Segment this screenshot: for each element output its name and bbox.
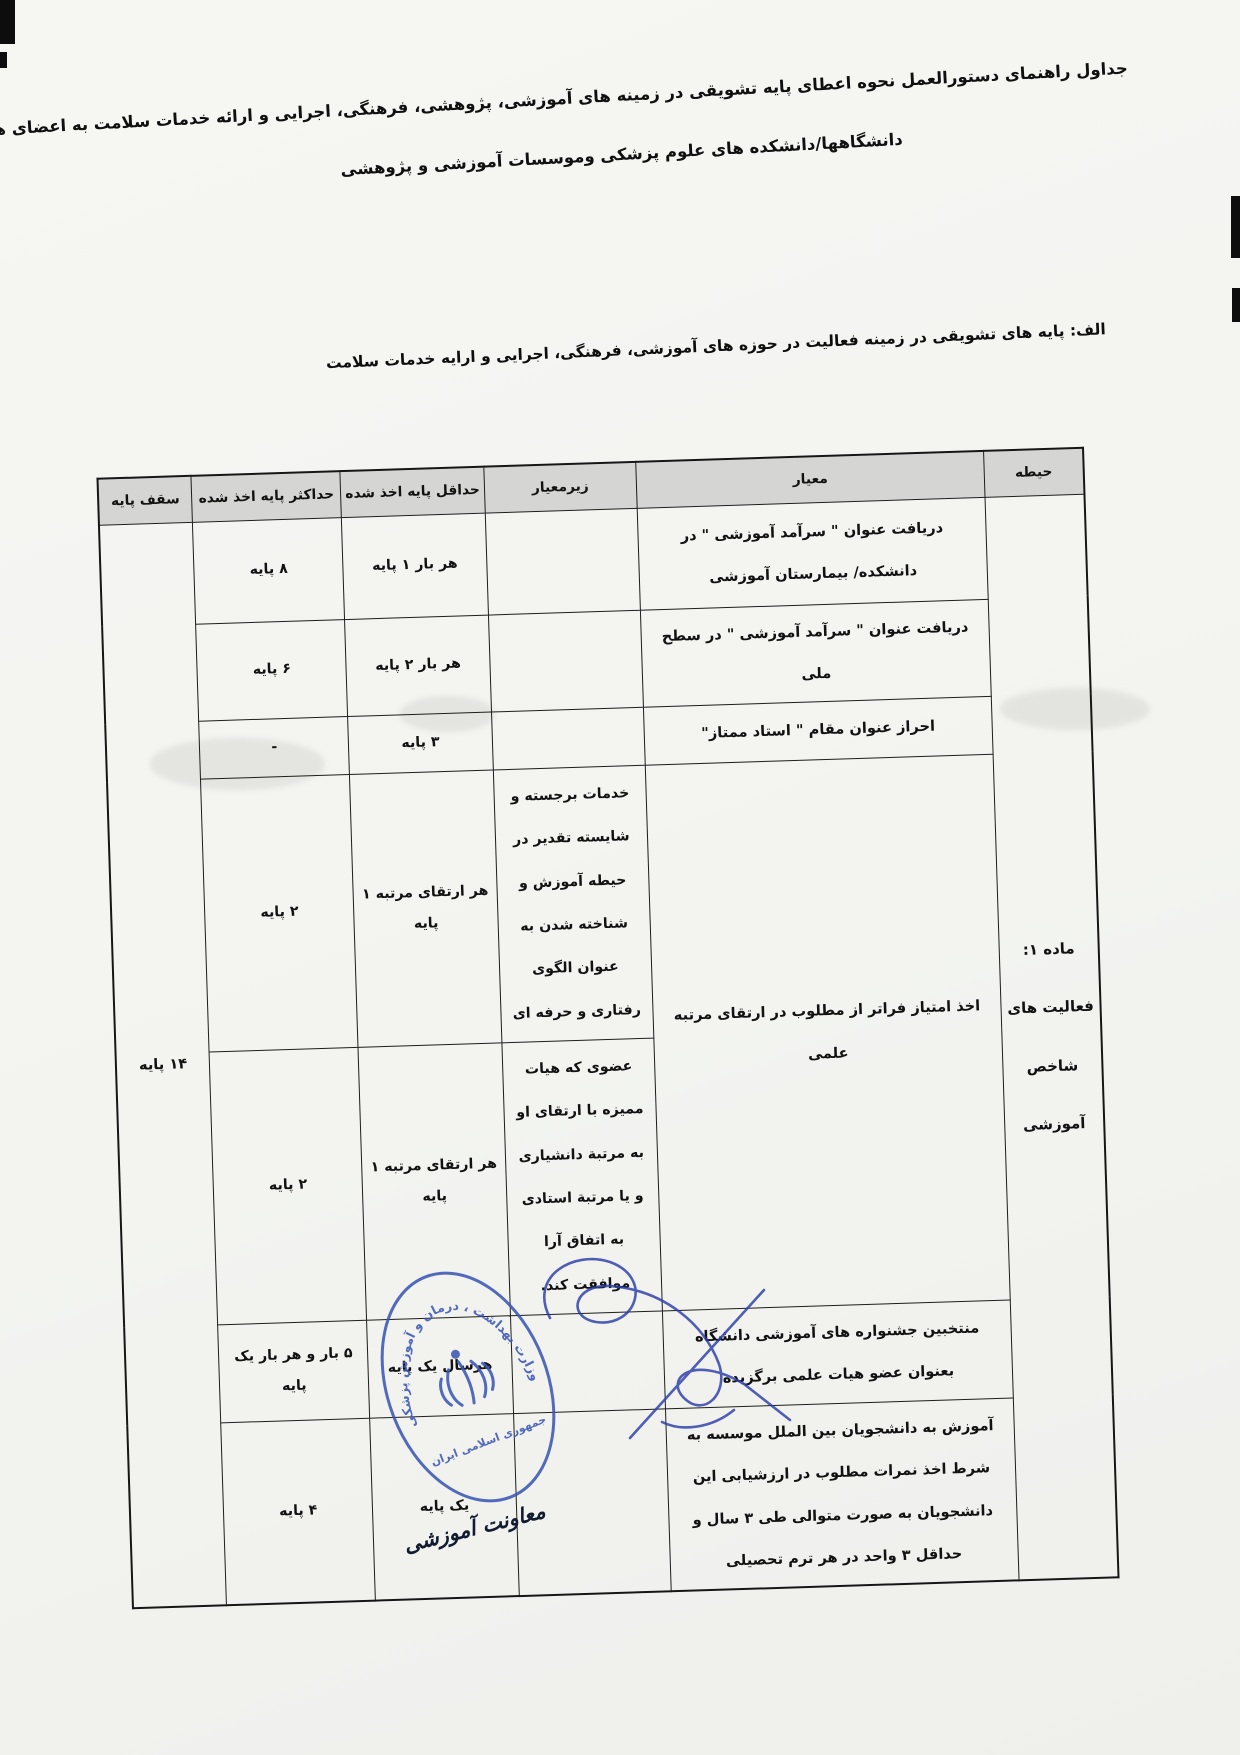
sub-criterion-cell: خدمات برجسته و شایسته تقدیر در حیطه آموز… [493, 765, 653, 1043]
criterion-cell: دریافت عنوان " سرآمد آموزشی " در سطح ملی [640, 599, 991, 708]
section-title: الف: پایه های تشویقی در زمینه فعالیت در … [382, 320, 1106, 370]
header-min-base: حداقل پایه اخذ شده [340, 467, 485, 517]
domain-line: ماده ۱: [1001, 918, 1097, 979]
scan-artifact [0, 0, 15, 44]
header-sub-criterion: زیرمعیار [484, 462, 637, 513]
scan-artifact [0, 52, 7, 68]
document-title-line2: دانشگاهها/دانشکده های علوم پزشکی وموسسات… [112, 117, 1132, 191]
sub-criterion-cell-empty [491, 707, 645, 770]
iran-emblem-icon [430, 1342, 499, 1412]
scan-artifact [1232, 288, 1240, 322]
document-title: جداول راهنمای دستورالعمل نحوه اعطای پایه… [109, 58, 1132, 191]
min-base-cell: هر بار ۲ پایه [345, 615, 492, 717]
header-ceiling: سقف پایه [97, 476, 192, 525]
max-base-cell: ۲ پایه [201, 775, 358, 1052]
max-base-cell: - [199, 717, 350, 780]
document-title-line1: جداول راهنمای دستورالعمل نحوه اعطای پایه… [109, 58, 1129, 132]
sub-criterion-cell-empty [485, 508, 640, 615]
domain-line: شاخص [1005, 1035, 1101, 1096]
header-max-base: حداکثر پایه اخذ شده [191, 471, 341, 522]
header-domain: حیطه [984, 448, 1085, 497]
scanned-page: جداول راهنمای دستورالعمل نحوه اعطای پایه… [0, 0, 1240, 1755]
table-row: اخذ امتیاز فراتر از مطلوب در ارتقای مرتب… [107, 751, 1101, 1055]
min-base-cell: ۳ پایه [348, 712, 493, 774]
signature [512, 1232, 822, 1472]
domain-line: آموزشی [1006, 1094, 1102, 1155]
criterion-cell: اخذ امتیاز فراتر از مطلوب در ارتقای مرتب… [645, 754, 1010, 1310]
criterion-cell: احراز عنوان مقام " استاد ممتاز" [643, 696, 993, 765]
scan-artifact [1231, 196, 1240, 258]
min-base-cell: هر بار ۱ پایه [342, 513, 489, 619]
max-base-cell: ۸ پایه [193, 517, 345, 624]
sub-criterion-cell-empty [488, 610, 643, 712]
max-base-cell: ۶ پایه [196, 619, 348, 721]
domain-line: فعالیت های [1003, 977, 1099, 1038]
min-base-cell: هر ارتقای مرتبه ۱ پایه [350, 770, 502, 1047]
criterion-cell: دریافت عنوان " سرآمد آموزشی " در دانشکده… [637, 497, 988, 610]
